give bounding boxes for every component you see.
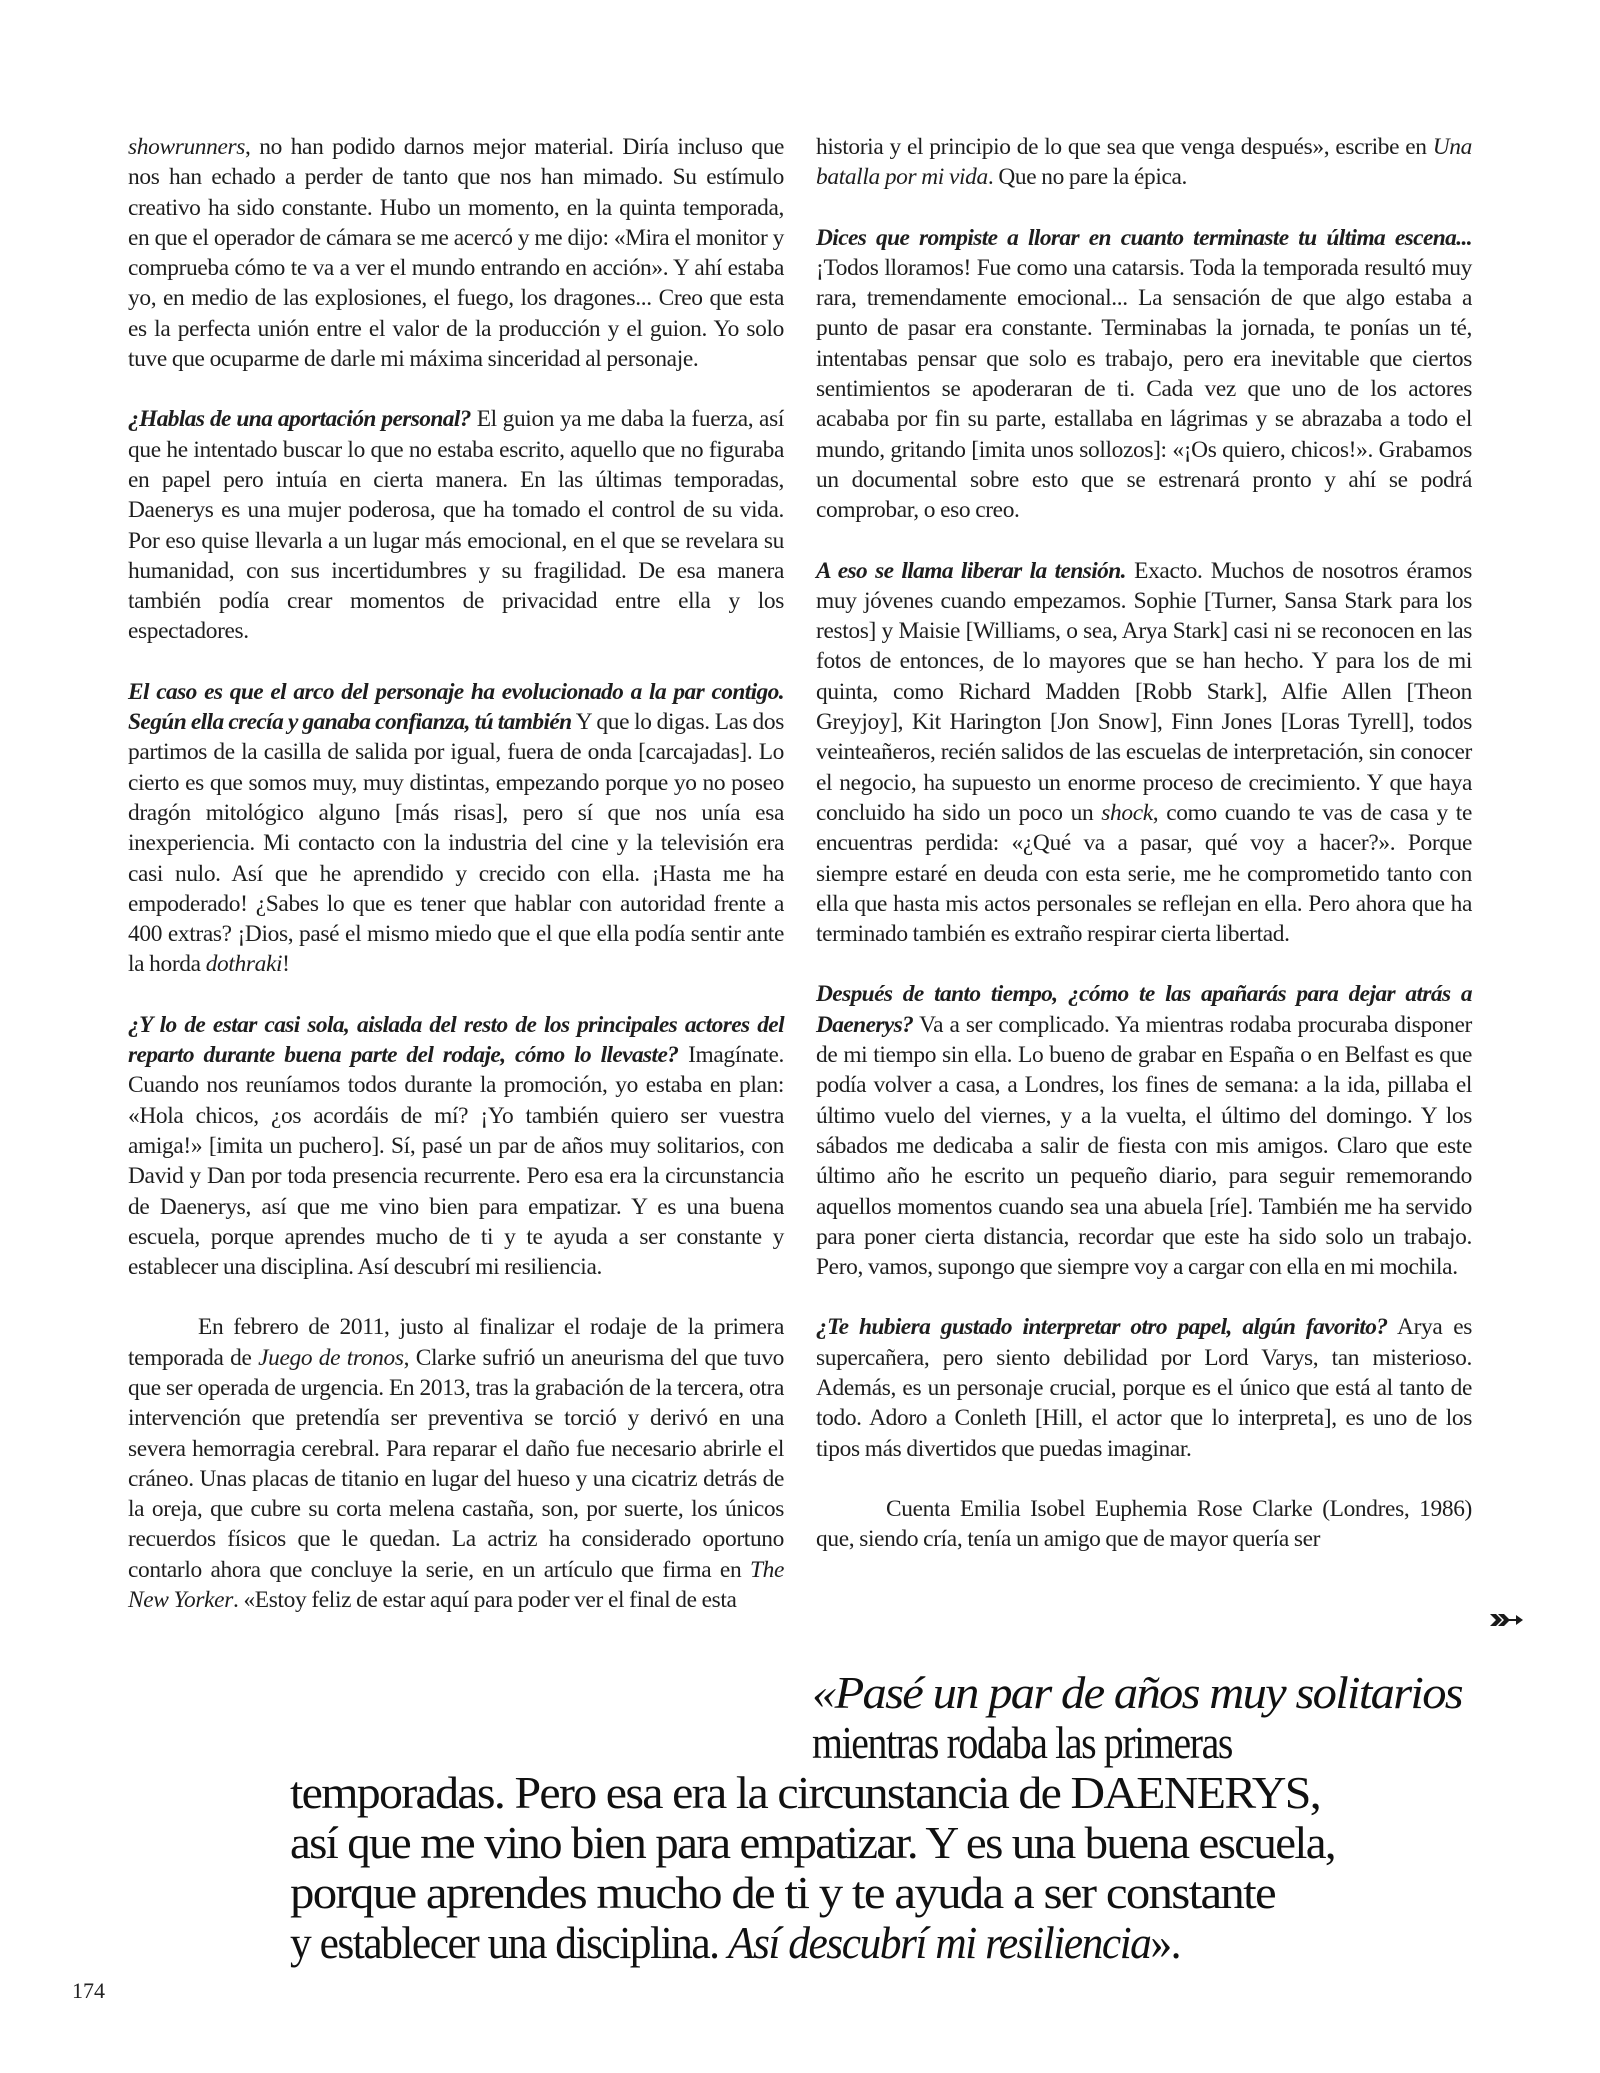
qa-sola-aislada: ¿Y lo de estar casi sola, aislada del re… — [128, 1010, 784, 1283]
interview-question: A eso se llama liberar la tensión. — [816, 558, 1126, 584]
pull-quote-line: porque aprendes mucho de ti y te ayuda a… — [290, 1868, 1275, 1918]
paragraph-showrunners: showrunners, no han podido darnos mejor … — [128, 132, 784, 374]
italic-term: dothraki — [206, 951, 282, 977]
pull-quote-line: «Pasé un par de años muy solitarios — [812, 1668, 1462, 1718]
left-column: showrunners, no han podido darnos mejor … — [128, 132, 784, 1645]
italic-term: shock — [1101, 800, 1153, 826]
pull-quote-text: y establecer una disciplina. — [290, 1917, 728, 1968]
right-column: historia y el principio de lo que sea qu… — [816, 132, 1472, 1584]
qa-ultima-escena: Dices que rompiste a llorar en cuanto te… — [816, 223, 1472, 526]
pull-quote-italic: Así descubrí mi resiliencia — [728, 1917, 1151, 1968]
interview-answer: ¡Todos lloramos! Fue como una catarsis. … — [816, 255, 1472, 523]
pull-quote-text: ». — [1150, 1917, 1180, 1968]
interview-answer-end: ! — [282, 951, 289, 977]
double-arrow-right-icon — [1490, 1612, 1524, 1628]
body-text: historia y el principio de lo que sea qu… — [816, 134, 1433, 160]
paragraph-aneurisma: En febrero de 2011, justo al finalizar e… — [128, 1312, 784, 1615]
pull-quote-line: mientras rodaba las primeras — [812, 1718, 1232, 1768]
interview-answer: Imagínate. Cuando nos reuníamos todos du… — [128, 1042, 784, 1280]
interview-question: ¿Te hubiera gustado interpretar otro pap… — [816, 1314, 1388, 1340]
interview-answer: Va a ser complicado. Ya mientras rodaba … — [816, 1012, 1472, 1280]
qa-dejar-atras: Después de tanto tiempo, ¿cómo te las ap… — [816, 979, 1472, 1282]
italic-term: showrunners — [128, 134, 245, 160]
qa-aportacion-personal: ¿Hablas de una aportación personal? El g… — [128, 404, 784, 646]
paragraph-epica: historia y el principio de lo que sea qu… — [816, 132, 1472, 193]
body-text: . «Estoy feliz de estar aquí para poder … — [233, 1587, 737, 1613]
interview-answer: Exacto. Muchos de nosotros éramos muy jó… — [816, 558, 1472, 826]
qa-otro-papel: ¿Te hubiera gustado interpretar otro pap… — [816, 1312, 1472, 1463]
body-text: . Que no pare la épica. — [988, 164, 1187, 190]
italic-title: Juego de tronos — [258, 1345, 403, 1371]
qa-arco-personaje: El caso es que el arco del personaje ha … — [128, 677, 784, 980]
qa-liberar-tension: A eso se llama liberar la tensión. Exact… — [816, 556, 1472, 950]
interview-answer: El guion ya me daba la fuerza, así que h… — [128, 406, 784, 644]
interview-answer: Y que lo digas. Las dos partimos de la c… — [128, 709, 784, 977]
pull-quote-line: y establecer una disciplina. Así descubr… — [290, 1918, 1180, 1968]
interview-question: Dices que rompiste a llorar en cuanto te… — [816, 225, 1472, 251]
body-text: , Clarke sufrió un aneurisma del que tuv… — [128, 1345, 784, 1583]
pull-quote-italic: «Pasé un par de años muy solitarios — [812, 1667, 1462, 1718]
page-number: 174 — [72, 1978, 105, 2004]
body-text: Cuenta Emilia Isobel Euphemia Rose Clark… — [816, 1496, 1472, 1552]
pull-quote-line: así que me vino bien para empatizar. Y e… — [290, 1818, 1335, 1868]
interview-question: ¿Hablas de una aportación personal? — [128, 406, 471, 432]
paragraph-cuenta-emilia: Cuenta Emilia Isobel Euphemia Rose Clark… — [816, 1494, 1472, 1555]
pull-quote-line: temporadas. Pero esa era la circunstanci… — [290, 1768, 1320, 1818]
body-text: , no han podido darnos mejor material. D… — [128, 134, 784, 372]
